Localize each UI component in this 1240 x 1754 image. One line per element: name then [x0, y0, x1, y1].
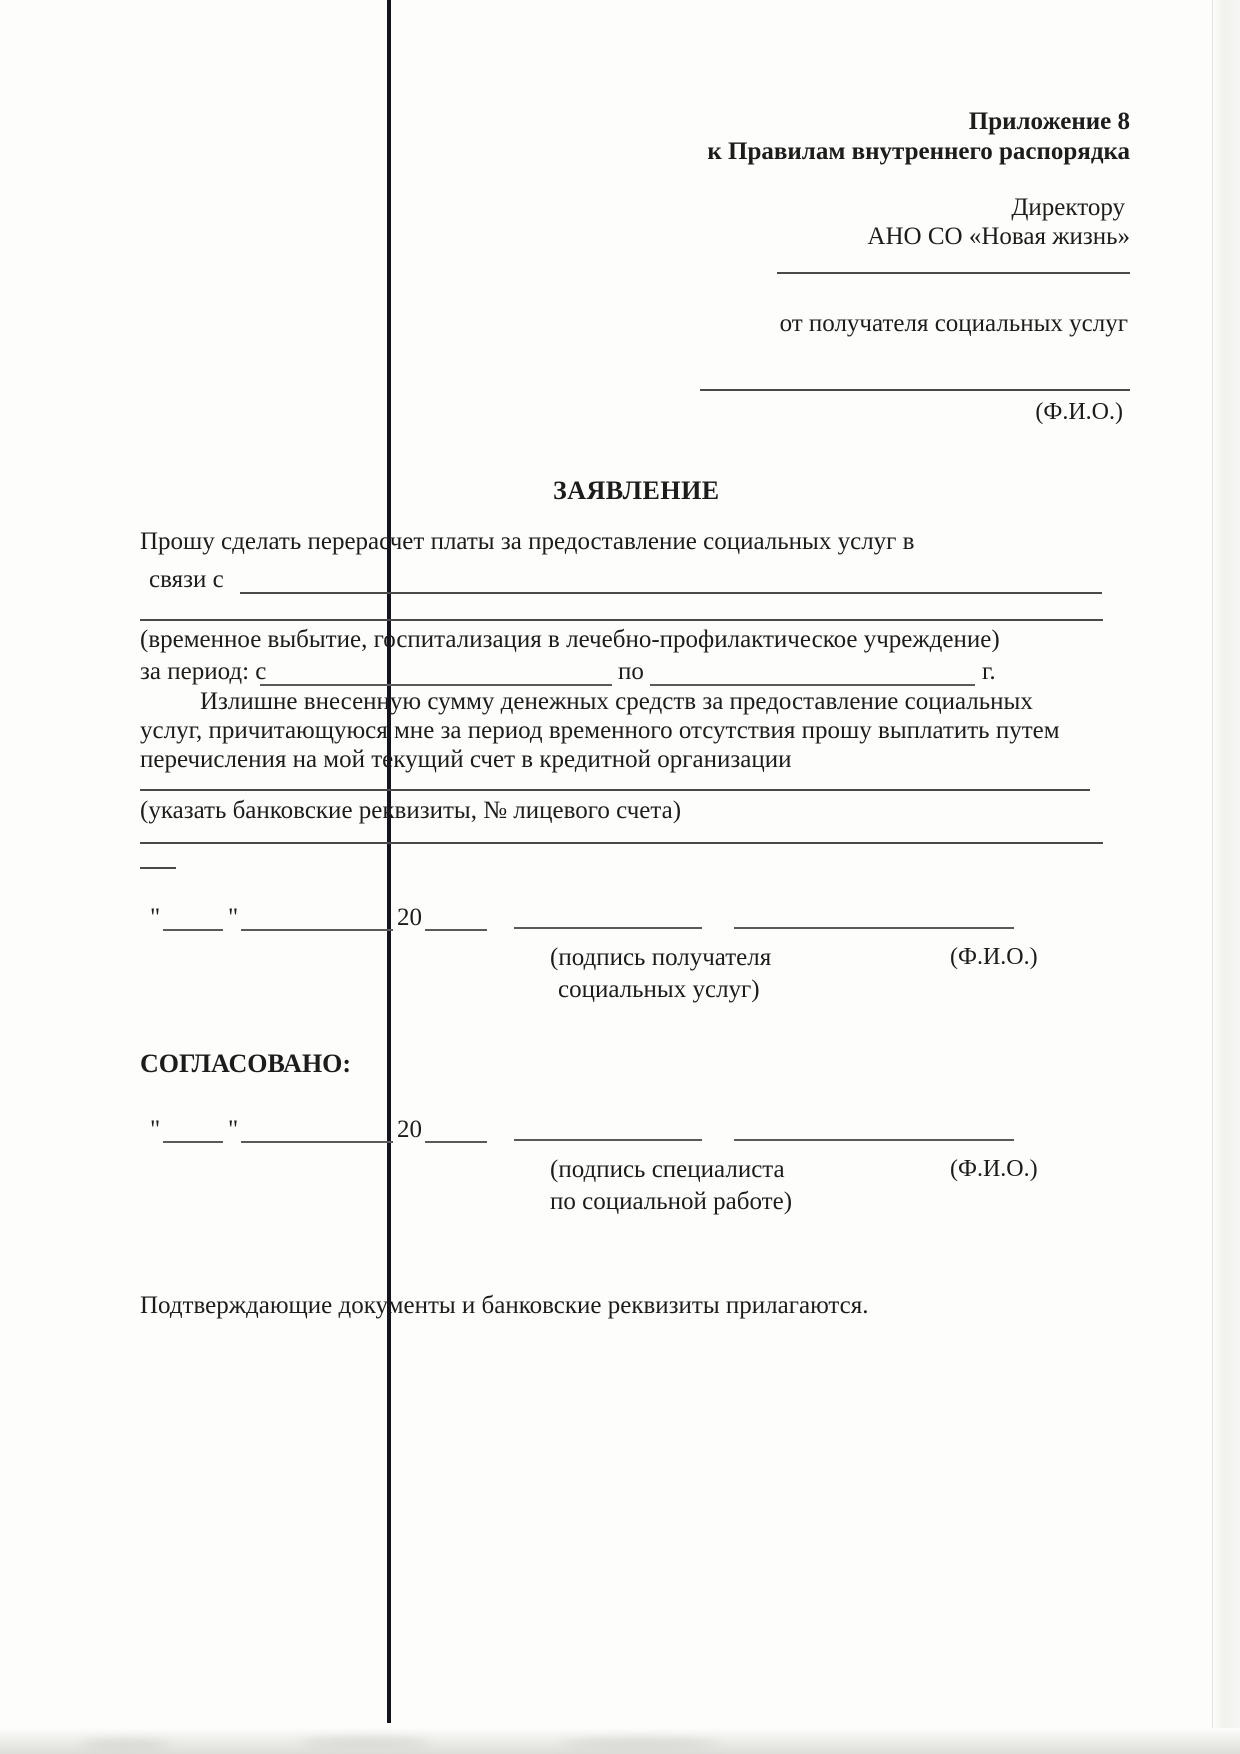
- sig1-caption-line1: (подпись получателя: [550, 944, 771, 972]
- sig1-fio-line: [734, 927, 1014, 929]
- scan-smudge: [300, 1738, 430, 1748]
- sig2-year-line: [425, 1141, 487, 1143]
- reason-label: связи с: [149, 566, 224, 594]
- sig2-date-day-line: [163, 1141, 223, 1143]
- sig2-caption-line2: по социальной работе): [550, 1188, 792, 1216]
- sig1-signature-line: [514, 927, 702, 929]
- sig1-fio-caption: (Ф.И.О.): [950, 944, 1038, 971]
- sig2-year-prefix: 20: [397, 1116, 422, 1144]
- short-dash-line: [140, 867, 176, 869]
- sig2-quote-open-icon: ": [150, 1116, 160, 1144]
- excess-paragraph-line2: услуг, причитающуюся мне за период време…: [140, 717, 1060, 745]
- scan-fold-line: [387, 0, 391, 1723]
- period-from-line: [260, 684, 612, 686]
- fio-caption-header: (Ф.И.О.): [1035, 399, 1123, 426]
- footer-note: Подтверждающие документы и банковские ре…: [140, 1292, 869, 1320]
- agreed-heading: СОГЛАСОВАНО:: [140, 1050, 351, 1078]
- scanned-document-page: Приложение 8 к Правилам внутреннего расп…: [0, 0, 1240, 1754]
- sig2-signature-line: [514, 1139, 702, 1141]
- excess-paragraph-line1: Излишне внесенную сумму денежных средств…: [200, 688, 1033, 716]
- applicant-name-line: [700, 389, 1130, 391]
- period-to-line: [650, 684, 975, 686]
- sig1-caption-line2: социальных услуг): [558, 976, 760, 1004]
- period-po-label: по: [618, 658, 644, 686]
- sig2-fio-caption: (Ф.И.О.): [950, 1156, 1038, 1183]
- sig2-caption-line1: (подпись специалиста: [550, 1156, 785, 1184]
- sig2-quote-close-icon: ": [228, 1116, 238, 1144]
- sig1-date-day-line: [163, 929, 223, 931]
- appendix-title: к Правилам внутреннего распорядка: [707, 138, 1130, 166]
- sig1-year-line: [425, 929, 487, 931]
- account-field-line: [140, 789, 1090, 791]
- addressee-name-line: [777, 272, 1130, 274]
- document-title: ЗАЯВЛЕНИЕ: [553, 476, 720, 506]
- bank-field-line: [140, 842, 1103, 844]
- period-label: за период: с: [140, 658, 266, 686]
- sig1-quote-close-icon: ": [228, 904, 238, 932]
- sig2-fio-line: [734, 1139, 1014, 1141]
- addressee-org: АНО СО «Новая жизнь»: [867, 223, 1130, 251]
- scan-right-edge: [1212, 0, 1240, 1754]
- excess-paragraph-line3: перечисления на мой текущий счет в креди…: [140, 746, 791, 774]
- appendix-number: Приложение 8: [969, 108, 1130, 136]
- reason-caption: (временное выбытие, госпитализация в леч…: [140, 626, 1000, 654]
- from-line: от получателя социальных услуг: [780, 310, 1128, 338]
- sig1-year-prefix: 20: [397, 904, 422, 932]
- period-year-suffix: г.: [982, 658, 996, 686]
- sig1-date-month-line: [241, 929, 393, 931]
- reason-field-line: [240, 592, 1102, 594]
- scan-smudge: [560, 1739, 720, 1749]
- scan-smudge: [80, 1740, 170, 1750]
- sig1-quote-open-icon: ": [150, 904, 160, 932]
- bank-caption: (указать банковские реквизиты, № лицевог…: [140, 797, 681, 825]
- intro-text: Прошу сделать перерасчет платы за предос…: [140, 528, 915, 556]
- sig2-date-month-line: [241, 1141, 393, 1143]
- reason-continuation-line: [140, 619, 1103, 621]
- addressee-role: Директору: [1011, 194, 1125, 222]
